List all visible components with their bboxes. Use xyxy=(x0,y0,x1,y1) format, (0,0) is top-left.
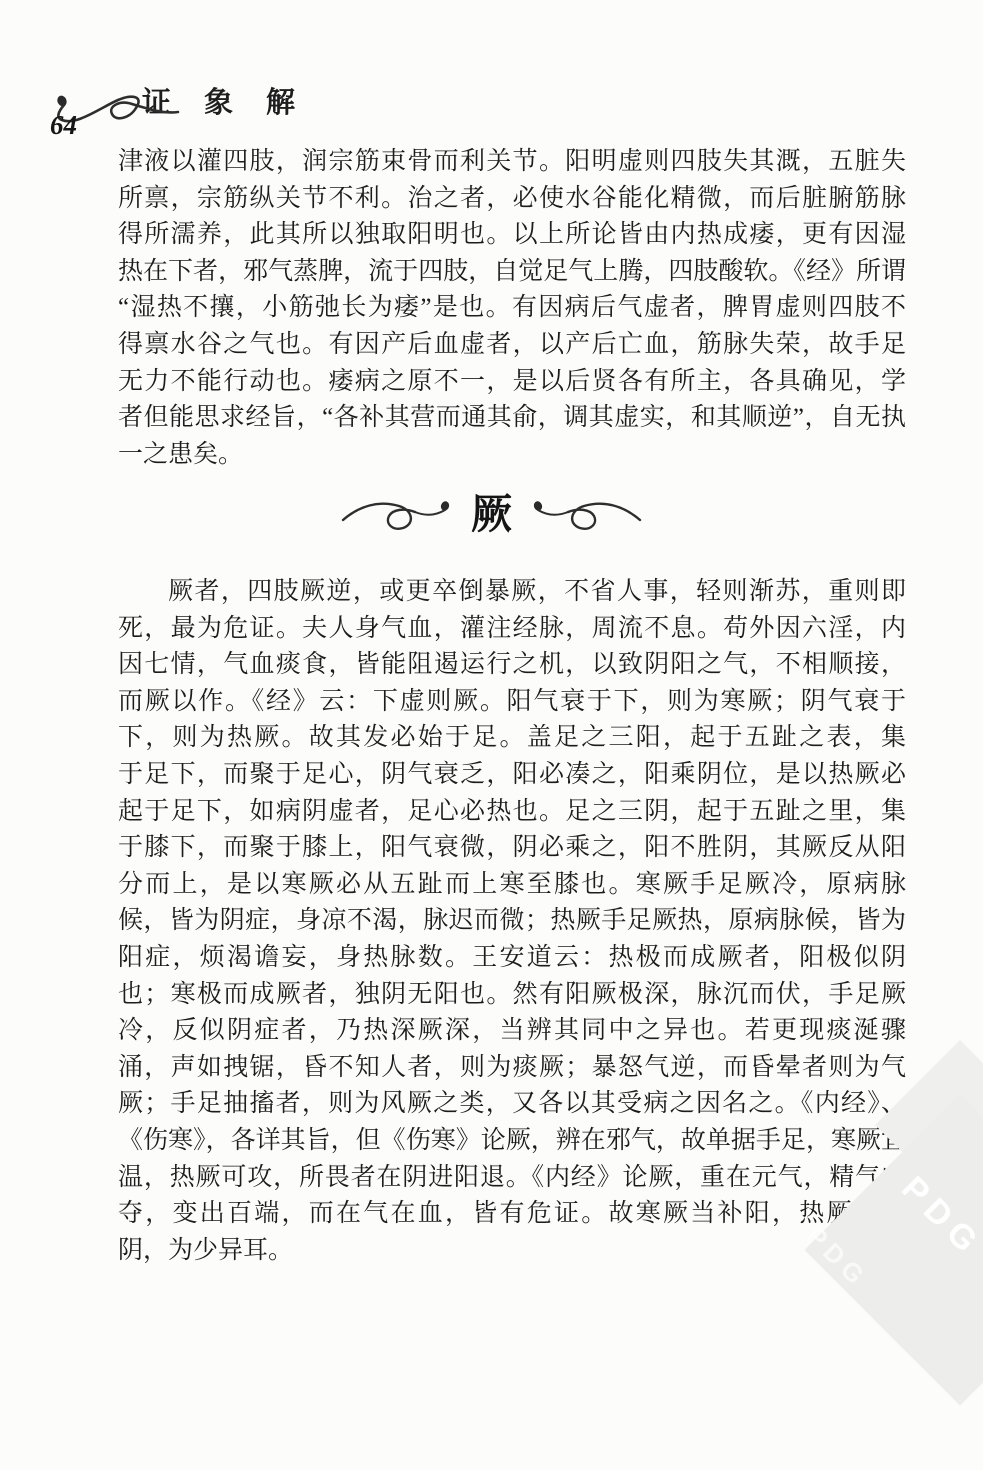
page-number: 64 xyxy=(50,110,77,141)
text-line: 于膝下，而聚于膝上，阳气衰微，阴必乘之，阳不胜阴，其厥反从阳 xyxy=(118,830,906,867)
text-line: 无力不能行动也。痿病之原不一，是以后贤各有所主，各具确见，学 xyxy=(118,364,906,401)
text-line: 阳症，烦渴谵妄，身热脉数。王安道云：热极而成厥者，阳极似阴 xyxy=(118,940,906,977)
text-line: “湿热不攘，小筋弛长为痿”是也。有因病后气虚者，脾胃虚则四肢不 xyxy=(118,290,906,327)
text-line: 者但能思求经旨，“各补其营而通其俞，调其虚实，和其顺逆”，自无执 xyxy=(118,400,906,437)
heading-flourish-right-icon xyxy=(530,492,642,536)
text-line: 而厥以作。《经》云：下虚则厥。阳气衰于下，则为寒厥；阴气衰于 xyxy=(118,684,906,721)
text-line: 冷，反似阴症者，乃热深厥深，当辨其同中之异也。若更现痰涎骤 xyxy=(118,1013,906,1050)
text-line: 于足下，而聚于足心，阴气衰乏，阳必凑之，阳乘阴位，是以热厥必 xyxy=(118,757,906,794)
text-line: 一之患矣。 xyxy=(118,437,906,474)
text-line: 分而上，是以寒厥必从五趾而上寒至膝也。寒厥手足厥冷，原病脉 xyxy=(118,867,906,904)
text-line: 下，则为热厥。故其发必始于足。盖足之三阳，起于五趾之表，集 xyxy=(118,720,906,757)
text-line: 温，热厥可攻，所畏者在阴进阳退。《内经》论厥，重在元气，精气内 xyxy=(118,1160,906,1197)
text-line: 涌，声如拽锯，昏不知人者，则为痰厥；暴怒气逆，而昏晕者则为气 xyxy=(118,1050,906,1087)
text-line: 热在下者，邪气蒸脾，流于四肢，自觉足气上腾，四肢酸软。《经》所谓 xyxy=(118,254,906,291)
paragraph-wei-continuation: 津液以灌四肢，润宗筋束骨而利关节。阳明虚则四肢失其溉，五脏失所禀，宗筋纵关节不利… xyxy=(118,144,906,473)
text-line: 津液以灌四肢，润宗筋束骨而利关节。阳明虚则四肢失其溉，五脏失 xyxy=(118,144,906,181)
text-line: 得禀水谷之气也。有因产后血虚者，以产后亡血，筋脉失荣，故手足 xyxy=(118,327,906,364)
text-line: 也；寒极而成厥者，独阴无阳也。然有阳厥极深，脉沉而伏，手足厥 xyxy=(118,977,906,1014)
text-line: 阴，为少异耳。 xyxy=(118,1233,906,1270)
text-line: 厥者，四肢厥逆，或更卒倒暴厥，不省人事，轻则渐苏，重则即 xyxy=(118,574,906,611)
text-line: 厥；手足抽搐者，则为风厥之类，又各以其受病之因名之。《内经》、 xyxy=(118,1086,906,1123)
text-line: 夺，变出百端，而在气在血，皆有危证。故寒厥当补阳，热厥当补 xyxy=(118,1196,906,1233)
text-line: 候，皆为阴症，身凉不渴，脉迟而微；热厥手足厥热，原病脉候，皆为 xyxy=(118,903,906,940)
section-title: 厥 xyxy=(471,486,512,542)
paragraph-jue-body: 厥者，四肢厥逆，或更卒倒暴厥，不省人事，轻则渐苏，重则即死，最为危证。夫人身气血… xyxy=(118,574,906,1269)
text-line: 得所濡养，此其所以独取阳明也。以上所论皆由内热成痿，更有因湿 xyxy=(118,217,906,254)
text-line: 起于足下，如病阴虚者，足心必热也。足之三阴，起于五趾之里，集 xyxy=(118,794,906,831)
scanned-book-page: 证象解 64 津液以灌四肢，润宗筋束骨而利关节。阳明虚则四肢失其溉，五脏失所禀，… xyxy=(0,0,983,1470)
text-line: 所禀，宗筋纵关节不利。治之者，必使水谷能化精微，而后脏腑筋脉 xyxy=(118,181,906,218)
heading-flourish-left-icon xyxy=(341,492,453,536)
text-line: 因七情，气血痰食，皆能阻遏运行之机，以致阴阳之气，不相顺接， xyxy=(118,647,906,684)
text-line: 死，最为危证。夫人身气血，灌注经脉，周流不息。苟外因六淫，内 xyxy=(118,611,906,648)
section-heading: 厥 xyxy=(0,486,983,542)
text-line: 《伤寒》，各详其旨，但《伤寒》论厥，辨在邪气，故单据手足，寒厥宜 xyxy=(118,1123,906,1160)
